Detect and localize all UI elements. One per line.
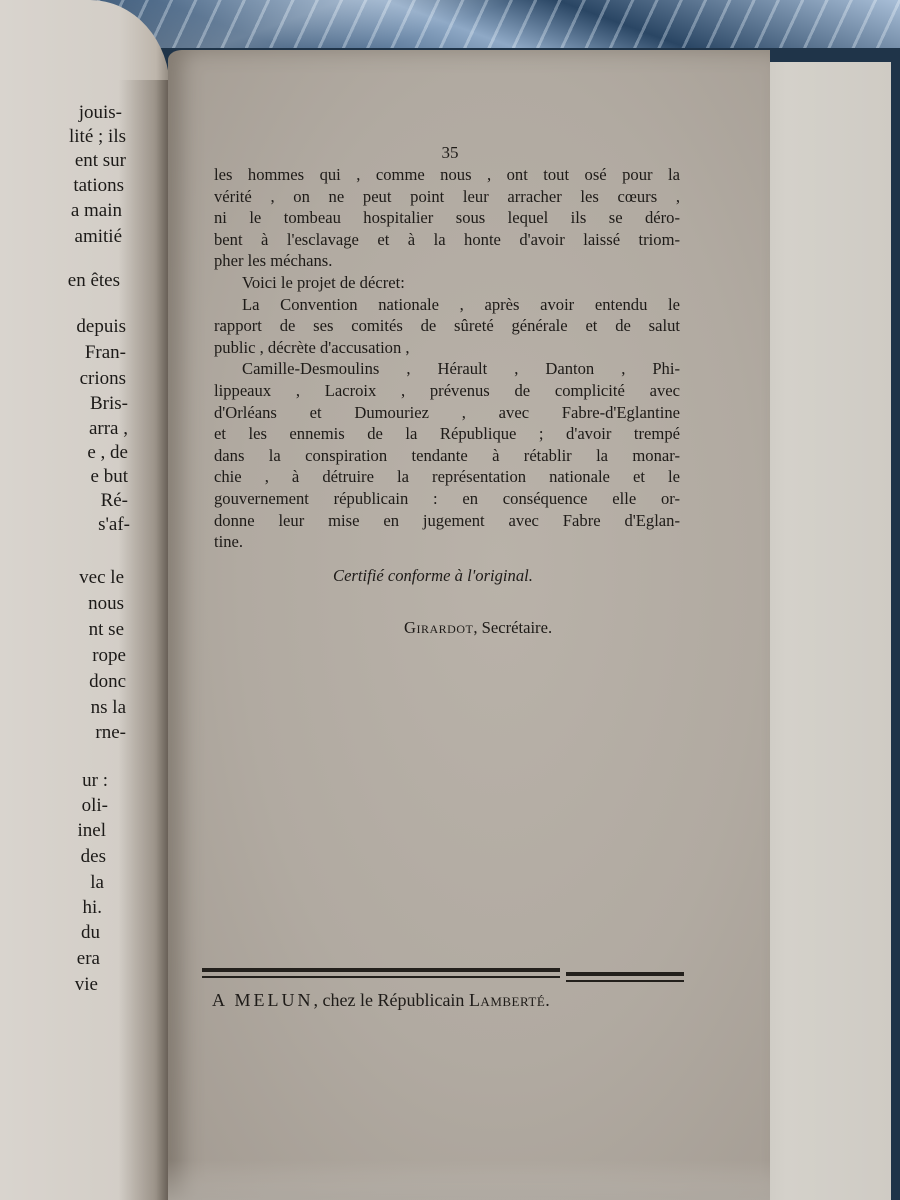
- left-fragment: hi.: [82, 897, 102, 919]
- ornamental-rule-left-thin: [202, 976, 560, 978]
- text-line: bent à l'esclavage et à la honte d'avoir…: [214, 229, 680, 251]
- signatory-name: Girardot: [404, 618, 473, 637]
- printer-imprint: A MELUN, chez le Républicain Lamberté.: [212, 990, 712, 1011]
- left-fragment: oli-: [82, 795, 108, 817]
- text-line: lippeaux , Lacroix , prévenus de complic…: [214, 380, 680, 402]
- text-line: les hommes qui , comme nous , ont tout o…: [214, 164, 680, 186]
- text-line: chie , à détruire la représentation nati…: [214, 466, 680, 488]
- text-line: public , décrète d'accusation ,: [214, 337, 680, 359]
- text-line: donne leur mise en jugement avec Fabre d…: [214, 510, 680, 532]
- left-fragment: des: [81, 846, 106, 868]
- left-fragment: era: [77, 948, 100, 970]
- imprint-printer: Lamberté.: [469, 990, 550, 1010]
- text-line: ni le tombeau hospitalier sous lequel il…: [214, 207, 680, 229]
- paragraph-intro: les hommes qui , comme nous , ont tout o…: [214, 164, 680, 272]
- ornamental-rule-right-thin: [566, 980, 684, 982]
- ornamental-rule-left: [202, 968, 560, 972]
- text-line: d'Orléans et Dumouriez , avec Fabre-d'Eg…: [214, 402, 680, 424]
- signature: Girardot, Secrétaire.: [404, 618, 552, 638]
- left-fragment: amitié: [75, 226, 122, 248]
- left-fragment: vie: [75, 974, 98, 996]
- left-fragment: ur :: [82, 770, 108, 792]
- signatory-title: , Secrétaire.: [473, 618, 552, 637]
- text-line: vérité , on ne peut point leur arracher …: [214, 186, 680, 208]
- page-number: 35: [214, 144, 680, 162]
- text-line: gouvernement républicain : en conséquenc…: [214, 488, 680, 510]
- text-line: rapport de ses comités de sûreté général…: [214, 315, 680, 337]
- text-line: tine.: [214, 531, 680, 553]
- page-bottom-edge: [168, 1160, 770, 1200]
- text-line: Camille-Desmoulins , Hérault , Danton , …: [214, 358, 680, 380]
- left-fragment: la: [90, 872, 104, 894]
- ornamental-rule-right: [566, 972, 684, 976]
- left-fragment: du: [81, 922, 100, 944]
- left-fragment: a main: [71, 200, 122, 222]
- text-line: pher les méchans.: [214, 250, 680, 272]
- left-fragment: jouis-: [79, 102, 122, 124]
- paragraph-decree-heading: Voici le projet de décret:: [214, 272, 680, 294]
- text-line: La Convention nationale , après avoir en…: [214, 294, 680, 316]
- left-fragment: inel: [78, 820, 107, 842]
- text-line: dans la conspiration tendante à rétablir…: [214, 445, 680, 467]
- paragraph-convention: La Convention nationale , après avoir en…: [214, 294, 680, 359]
- imprint-text: , chez le Républicain: [314, 990, 465, 1010]
- imprint-place: A MELUN: [212, 990, 314, 1010]
- certification-line: Certifié conforme à l'original.: [333, 566, 533, 586]
- left-fragment: en êtes: [68, 270, 120, 292]
- page-body: 35 les hommes qui , comme nous , ont tou…: [214, 144, 680, 553]
- text-line: Voici le projet de décret:: [214, 272, 680, 294]
- text-line: et les ennemis de la République ; d'avoi…: [214, 423, 680, 445]
- paragraph-accused: Camille-Desmoulins , Hérault , Danton , …: [214, 358, 680, 552]
- left-fragment: tations: [73, 175, 124, 197]
